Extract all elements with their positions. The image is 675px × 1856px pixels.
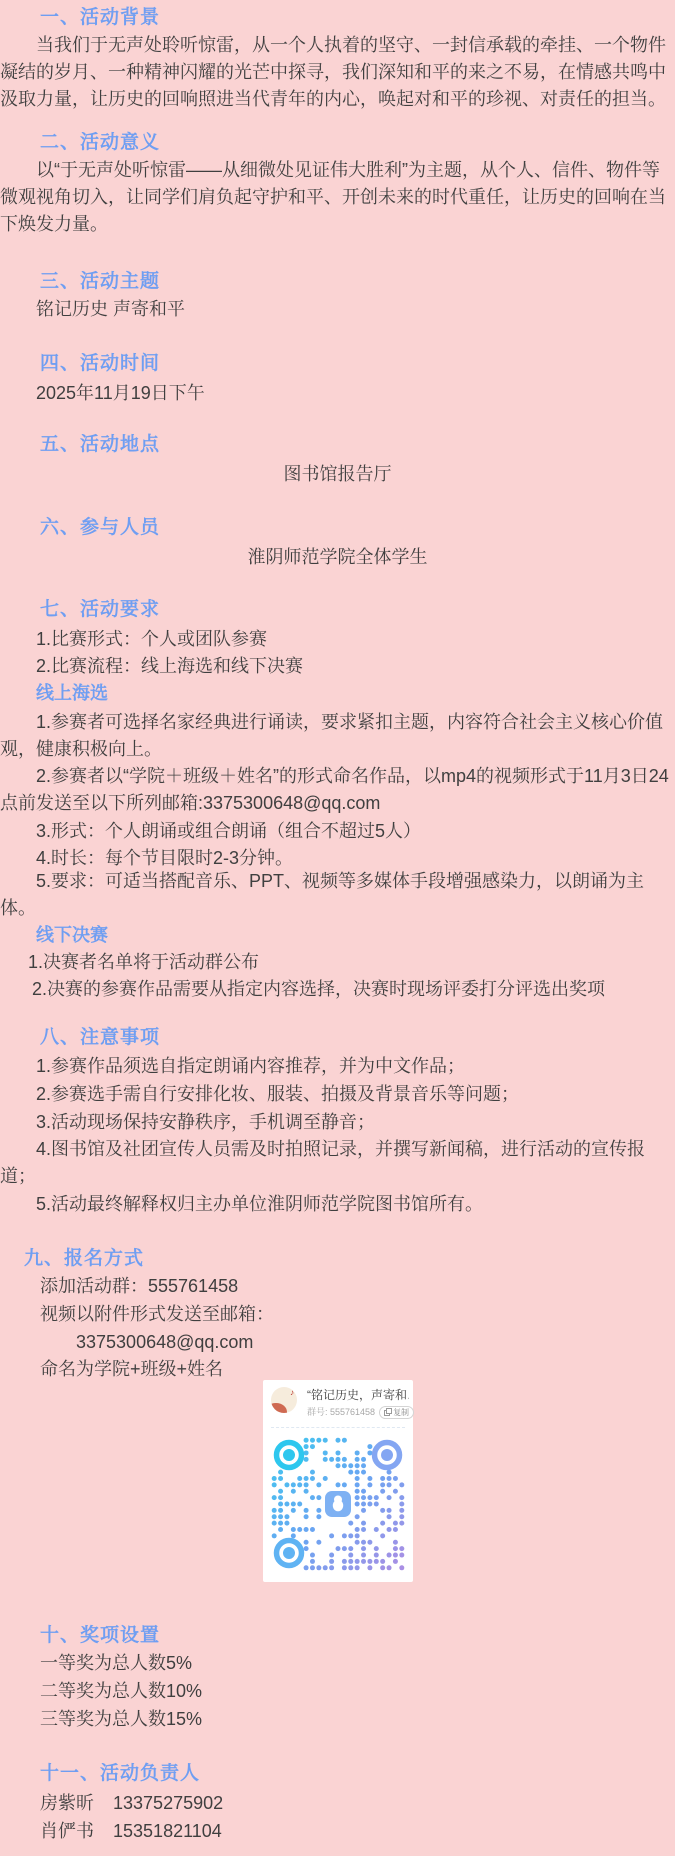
- award-item: 一等奖为总人数5%: [0, 1650, 675, 1677]
- signup-email-intro: 视频以附件形式发送至邮箱：: [0, 1301, 675, 1328]
- section-10-heading: 十、奖项设置: [40, 1624, 160, 1648]
- notice-item: 5.活动最终解释权归主办单位淮阴师范学院图书馆所有。: [0, 1191, 675, 1218]
- notice-item: 4.图书馆及社团宣传人员需及时拍照记录，并撰写新闻稿，进行活动的宣传报道；: [0, 1136, 675, 1190]
- contact-name: 房紫昕: [40, 1790, 94, 1817]
- qq-group-card: “铭记历史，声寄和… 群号: 555761458复制: [263, 1380, 413, 1582]
- requirement-item: 2.比赛流程：线上海选和线下决赛: [0, 653, 675, 680]
- qq-group-qr-code-icon: [271, 1437, 405, 1571]
- award-item: 三等奖为总人数15%: [0, 1706, 675, 1733]
- signup-naming-rule: 命名为学院+班级+姓名: [0, 1356, 675, 1383]
- activity-location: 图书馆报告厅: [0, 461, 675, 488]
- activity-theme: 铭记历史 声寄和平: [0, 296, 675, 323]
- group-number-label: 群号: 555761458: [307, 1407, 375, 1417]
- copy-group-number-button[interactable]: 复制: [379, 1406, 414, 1419]
- section-4-heading: 四、活动时间: [40, 352, 160, 376]
- contact-row: 房紫昕 13375275902: [0, 1790, 675, 1817]
- award-item: 二等奖为总人数10%: [0, 1678, 675, 1705]
- group-number-row: 群号: 555761458复制: [307, 1405, 411, 1419]
- section-1-body: 当我们于无声处聆听惊雷，从一个人执着的坚守、一封信承载的牵挂、一个物件凝结的岁月…: [0, 32, 675, 113]
- offline-rule-item: 1.决赛者名单将于活动群公布: [0, 949, 675, 976]
- activity-participants: 淮阴师范学院全体学生: [0, 544, 675, 571]
- online-rule-item: 3.形式：个人朗诵或组合朗诵（组合不超过5人）: [0, 818, 675, 845]
- offline-final-label: 线下决赛: [36, 923, 108, 947]
- group-title: “铭记历史，声寄和…: [307, 1386, 409, 1403]
- section-1-heading: 一、活动背景: [40, 6, 160, 30]
- activity-time: 2025年11月19日下午: [0, 380, 675, 407]
- section-9-heading: 九、报名方式: [24, 1247, 144, 1271]
- online-audition-label: 线上海选: [36, 681, 108, 705]
- section-3-heading: 三、活动主题: [40, 270, 160, 294]
- contact-phone: 15351821104: [113, 1818, 222, 1845]
- signup-group-line: 添加活动群：555761458: [0, 1273, 675, 1300]
- online-rule-item: 1.参赛者可选择名家经典进行诵读，要求紧扣主题，内容符合社会主义核心价值观，健康…: [0, 709, 675, 763]
- contact-name: 肖俨书: [40, 1818, 94, 1845]
- signup-email-address: 3375300648@qq.com: [0, 1329, 675, 1356]
- group-avatar: [271, 1387, 297, 1413]
- section-6-heading: 六、参与人员: [40, 516, 160, 540]
- notice-item: 2.参赛选手需自行安排化妆、服装、拍摄及背景音乐等问题；: [0, 1081, 675, 1108]
- notice-item: 3.活动现场保持安静秩序，手机调至静音；: [0, 1109, 675, 1136]
- activity-announcement-page: 一、活动背景 当我们于无声处聆听惊雷，从一个人执着的坚守、一封信承载的牵挂、一个…: [0, 0, 675, 1856]
- online-rule-item: 2.参赛者以“学院＋班级＋姓名”的形式命名作品，以mp4的视频形式于11月3日2…: [0, 763, 675, 817]
- section-2-body: 以“于无声处听惊雷——从细微处见证伟大胜利”为主题，从个人、信件、物件等微观视角…: [0, 157, 675, 238]
- card-divider: [271, 1427, 405, 1428]
- section-5-heading: 五、活动地点: [40, 433, 160, 457]
- notice-item: 1.参赛作品须选自指定朗诵内容推荐，并为中文作品；: [0, 1053, 675, 1080]
- contact-row: 肖俨书 15351821104: [0, 1818, 675, 1845]
- section-2-heading: 二、活动意义: [40, 131, 160, 155]
- section-11-heading: 十一、活动负责人: [40, 1762, 200, 1786]
- online-rule-item: 5.要求：可适当搭配音乐、PPT、视频等多媒体手段增强感染力，以朗诵为主体。: [0, 868, 675, 922]
- requirement-item: 1.比赛形式：个人或团队参赛: [0, 626, 675, 653]
- section-7-heading: 七、活动要求: [40, 598, 160, 622]
- offline-rule-item: 2.决赛的参赛作品需要从指定内容选择，决赛时现场评委打分评选出奖项: [0, 976, 675, 1003]
- contact-phone: 13375275902: [113, 1790, 223, 1817]
- section-8-heading: 八、注意事项: [40, 1026, 160, 1050]
- copy-icon: [384, 1408, 392, 1416]
